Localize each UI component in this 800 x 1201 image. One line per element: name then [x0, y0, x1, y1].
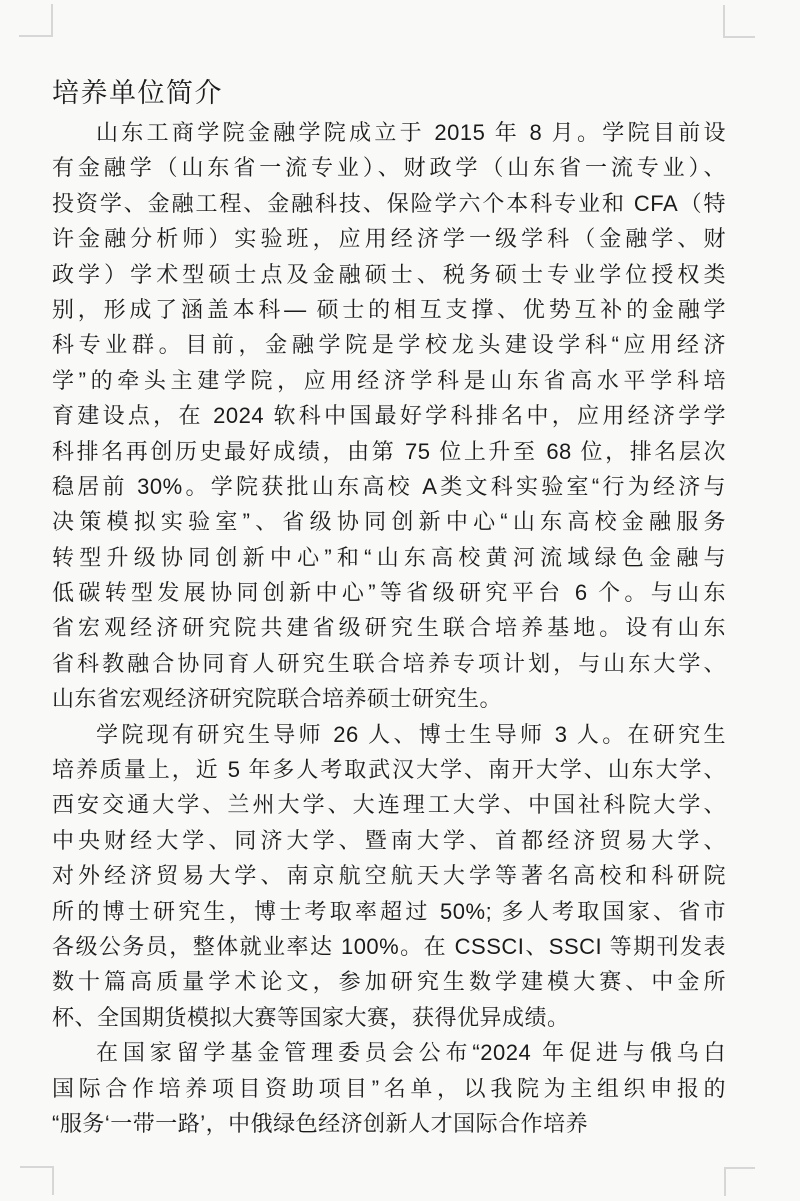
text-line: 省宏观经济研究院共建省级研究生联合培养基地。设有山东	[52, 610, 726, 645]
text-line: 山东省宏观经济研究院联合培养硕士研究生。	[52, 681, 726, 716]
paragraph: 学院现有研究生导师 26 人、博士生导师 3 人。在研究生培养质量上，近 5 年…	[52, 717, 726, 1036]
text-line: 低碳转型发展协同创新中心”等省级研究平台 6 个。与山东	[52, 575, 726, 610]
paragraph: 在国家留学基金管理委员会公布“2024 年促进与俄乌白国际合作培养项目资助项目”…	[52, 1035, 726, 1141]
text-line: 有金融学（山东省一流专业）、财政学（山东省一流专业）、	[52, 150, 726, 185]
text-line: 稳居前 30%。学院获批山东高校 A类文科实验室“行为经济与	[52, 469, 726, 504]
text-line: 育建设点，在 2024 软科中国最好学科排名中，应用经济学学	[52, 398, 726, 433]
text-line: 投资学、金融工程、金融科技、保险学六个本科专业和 CFA（特	[52, 186, 726, 221]
text-line: 山东工商学院金融学院成立于 2015 年 8 月。学院目前设	[52, 115, 726, 150]
text-line: 西安交通大学、兰州大学、大连理工大学、中国社科院大学、	[52, 787, 726, 822]
corner-mark-bottom-left	[20, 1166, 54, 1195]
text-line: 别，形成了涵盖本科— 硕士的相互支撑、优势互补的金融学	[52, 292, 726, 327]
text-line: 政学）学术型硕士点及金融硕士、税务硕士专业学位授权类	[52, 257, 726, 292]
text-line: 在国家留学基金管理委员会公布“2024 年促进与俄乌白	[52, 1035, 726, 1070]
text-line: 培养质量上，近 5 年多人考取武汉大学、南开大学、山东大学、	[52, 752, 726, 787]
paragraph: 山东工商学院金融学院成立于 2015 年 8 月。学院目前设有金融学（山东省一流…	[52, 115, 726, 717]
text-line: 学院现有研究生导师 26 人、博士生导师 3 人。在研究生	[52, 717, 726, 752]
page-title: 培养单位简介	[52, 72, 726, 115]
corner-mark-top-right	[723, 5, 755, 38]
corner-mark-top-left	[19, 4, 53, 37]
text-line: 国际合作培养项目资助项目”名单，以我院为主组织申报的	[52, 1071, 726, 1106]
text-line: 许金融分析师）实验班，应用经济学一级学科（金融学、财	[52, 221, 726, 256]
text-line: 决策模拟实验室”、省级协同创新中心“山东高校金融服务	[52, 504, 726, 539]
text-line: 杯、全国期货模拟大赛等国家大赛，获得优异成绩。	[52, 1000, 726, 1035]
text-line: 学”的牵头主建学院，应用经济学科是山东省高水平学科培	[52, 363, 726, 398]
text-line: 科排名再创历史最好成绩，由第 75 位上升至 68 位，排名层次	[52, 434, 726, 469]
text-line: 转型升级协同创新中心”和“山东高校黄河流域绿色金融与	[52, 540, 726, 575]
paragraph-list: 山东工商学院金融学院成立于 2015 年 8 月。学院目前设有金融学（山东省一流…	[52, 115, 726, 1141]
corner-mark-bottom-right	[724, 1167, 755, 1196]
text-line: 数十篇高质量学术论文，参加研究生数学建模大赛、中金所	[52, 964, 726, 999]
text-line: 省科教融合协同育人研究生联合培养专项计划，与山东大学、	[52, 646, 726, 681]
text-line: 中央财经大学、同济大学、暨南大学、首都经济贸易大学、	[52, 823, 726, 858]
text-line: 科专业群。目前，金融学院是学校龙头建设学科“应用经济	[52, 327, 726, 362]
document-page: 培养单位简介 山东工商学院金融学院成立于 2015 年 8 月。学院目前设有金融…	[0, 0, 800, 1201]
text-line: 各级公务员，整体就业率达 100%。在 CSSCI、SSCI 等期刊发表	[52, 929, 726, 964]
text-area: 培养单位简介 山东工商学院金融学院成立于 2015 年 8 月。学院目前设有金融…	[52, 72, 726, 1141]
text-line: “服务‘一带一路’，中俄绿色经济创新人才国际合作培养	[52, 1106, 726, 1141]
text-line: 对外经济贸易大学、南京航空航天大学等著名高校和科研院	[52, 858, 726, 893]
text-line: 所的博士研究生，博士考取率超过 50%; 多人考取国家、省市	[52, 894, 726, 929]
